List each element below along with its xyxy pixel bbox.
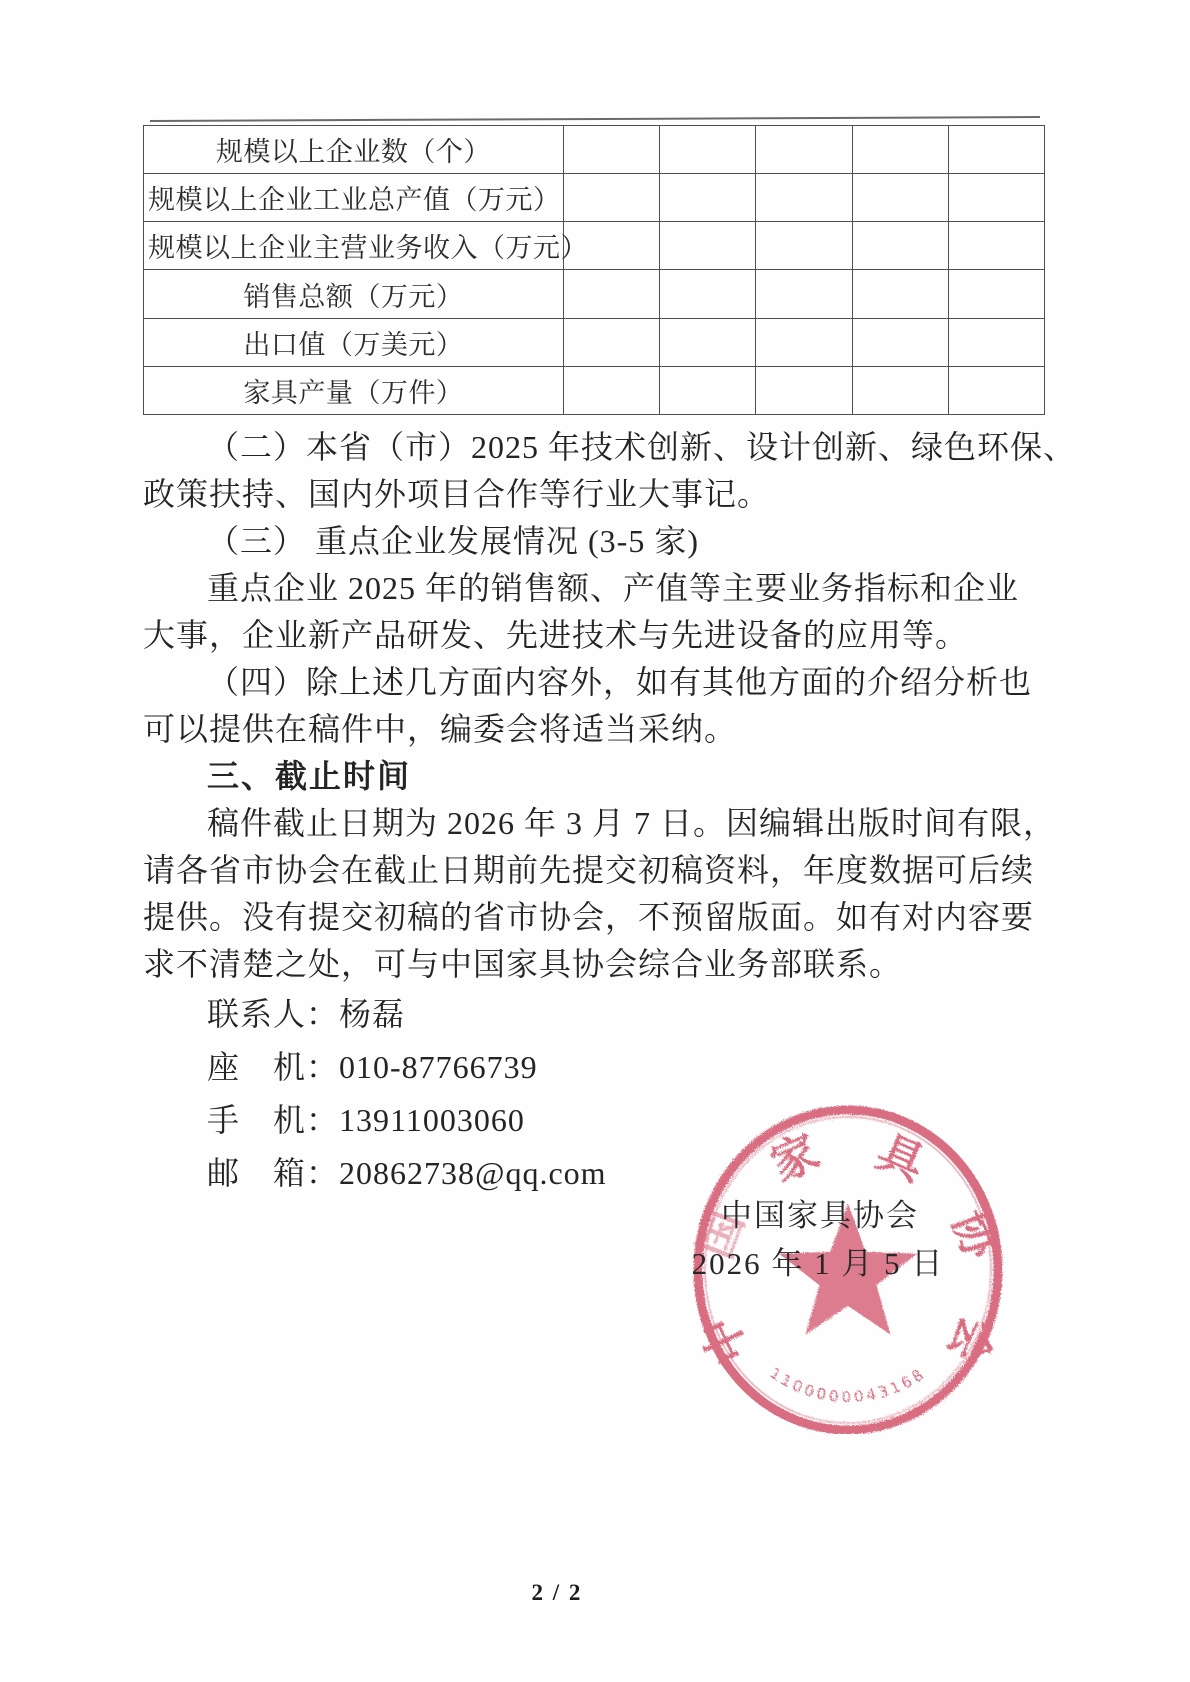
paragraph-line: 重点企业 2025 年的销售额、产值等主要业务指标和企业: [143, 565, 1063, 612]
table-cell-empty: [660, 270, 756, 318]
paragraph-line: 政策扶持、国内外项目合作等行业大事记。: [143, 471, 1063, 518]
table-cell-empty: [948, 270, 1044, 318]
row-label: 规模以上企业工业总产值（万元）: [144, 174, 564, 222]
table-cell-empty: [948, 318, 1044, 366]
paragraph-line: 求不清楚之处，可与中国家具协会综合业务部联系。: [143, 941, 1063, 988]
table-row: 规模以上企业主营业务收入（万元）: [144, 222, 1045, 270]
table-cell-empty: [660, 174, 756, 222]
table-row: 家具产量（万件）: [144, 366, 1045, 414]
contact-landline-line: 座 机：010-87766739: [143, 1041, 1063, 1094]
table-cell-empty: [563, 270, 659, 318]
paragraph-line: （二）本省（市）2025 年技术创新、设计创新、绿色环保、: [143, 424, 1063, 471]
signature-date: 2026 年 1 月 5 日: [692, 1238, 945, 1283]
table-row: 规模以上企业数（个）: [144, 126, 1045, 174]
table-top-divider: [150, 116, 1040, 122]
table-cell-empty: [756, 222, 852, 270]
contact-person-line: 联系人：杨磊: [143, 988, 1063, 1041]
table-cell-empty: [756, 366, 852, 414]
signature-organization: 中国家具协会: [721, 1190, 919, 1235]
table-cell-empty: [660, 318, 756, 366]
seal-serial-number: 1100000043168: [767, 1364, 930, 1406]
table-cell-empty: [563, 366, 659, 414]
table-cell-empty: [660, 366, 756, 414]
table-row: 销售总额（万元）: [144, 270, 1045, 318]
table-cell-empty: [756, 174, 852, 222]
table-cell-empty: [660, 222, 756, 270]
document-body: （二）本省（市）2025 年技术创新、设计创新、绿色环保、 政策扶持、国内外项目…: [143, 424, 1063, 1200]
table-cell-empty: [756, 270, 852, 318]
table-cell-empty: [660, 126, 756, 174]
table-cell-empty: [852, 126, 948, 174]
row-label: 家具产量（万件）: [144, 366, 564, 414]
row-label: 销售总额（万元）: [144, 270, 564, 318]
section-heading: 三、截止时间: [143, 753, 1063, 800]
table-cell-empty: [852, 174, 948, 222]
paragraph-line: 可以提供在稿件中，编委会将适当采纳。: [143, 706, 1063, 753]
paragraph-line: （四）除上述几方面内容外，如有其他方面的介绍分析也: [143, 659, 1063, 706]
table-cell-empty: [948, 366, 1044, 414]
paragraph-line: 提供。没有提交初稿的省市协会，不预留版面。如有对内容要: [143, 894, 1063, 941]
document-page: 规模以上企业数（个） 规模以上企业工业总产值（万元） 规模以上企业主营业务收入（…: [0, 0, 1190, 1682]
row-label: 规模以上企业主营业务收入（万元）: [144, 222, 564, 270]
table-cell-empty: [852, 270, 948, 318]
table-row: 出口值（万美元）: [144, 318, 1045, 366]
svg-text:1100000043168: 1100000043168: [767, 1364, 930, 1406]
table-cell-empty: [852, 222, 948, 270]
table-cell-empty: [948, 222, 1044, 270]
table-cell-empty: [756, 126, 852, 174]
table-cell-empty: [852, 318, 948, 366]
table-cell-empty: [948, 126, 1044, 174]
paragraph-line: 大事，企业新产品研发、先进技术与先进设备的应用等。: [143, 612, 1063, 659]
page-number: 2 / 2: [0, 1580, 1114, 1606]
table-cell-empty: [756, 318, 852, 366]
statistics-table: 规模以上企业数（个） 规模以上企业工业总产值（万元） 规模以上企业主营业务收入（…: [143, 125, 1045, 415]
paragraph-line: 请各省市协会在截止日期前先提交初稿资料，年度数据可后续: [143, 847, 1063, 894]
table-cell-empty: [563, 174, 659, 222]
row-label: 规模以上企业数（个）: [144, 126, 564, 174]
table-cell-empty: [852, 366, 948, 414]
table-cell-empty: [948, 174, 1044, 222]
row-label: 出口值（万美元）: [144, 318, 564, 366]
table-row: 规模以上企业工业总产值（万元）: [144, 174, 1045, 222]
table-cell-empty: [563, 318, 659, 366]
paragraph-line: （三） 重点企业发展情况 (3-5 家): [143, 518, 1063, 565]
table-cell-empty: [563, 126, 659, 174]
paragraph-line: 稿件截止日期为 2026 年 3 月 7 日。因编辑出版时间有限，: [143, 800, 1063, 847]
